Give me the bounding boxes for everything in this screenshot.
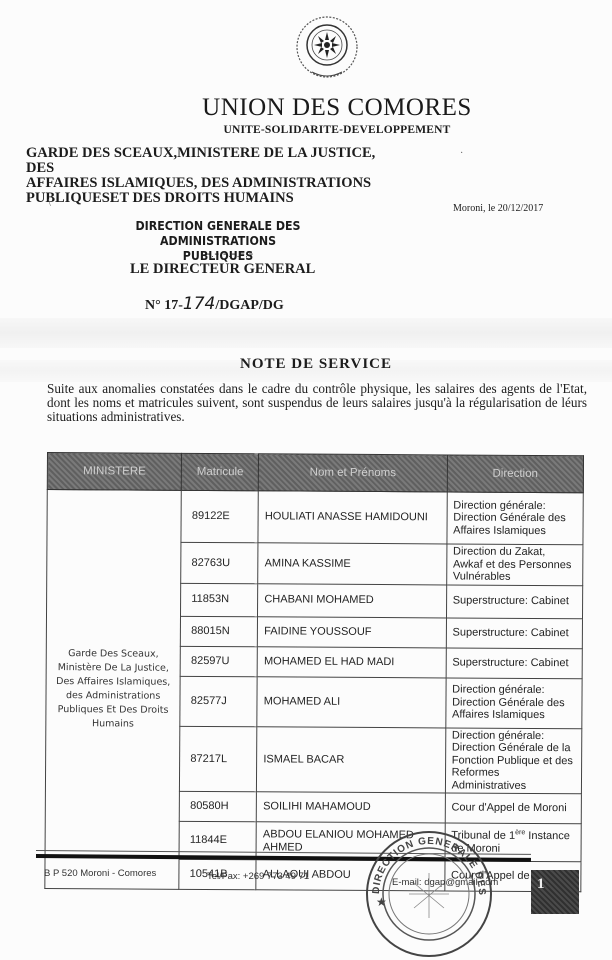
name-cell: MOHAMED ALI — [257, 676, 446, 727]
name-cell: AMINA KASSIME — [258, 543, 447, 585]
column-header-ministere: MINISTERE — [47, 453, 181, 491]
note-title: NOTE DE SERVICE — [0, 356, 612, 373]
ministry-name: GARDE DES SCEAUX,MINISTERE DE LA JUSTICE… — [26, 146, 406, 206]
ministry-cell: Garde Des Sceaux, Ministère De La Justic… — [45, 490, 182, 890]
direction-line: DIRECTION GENERALE DES ADMINISTRATIONS — [80, 219, 356, 249]
direction-cell: Direction du Zakat, Awkaf et des Personn… — [446, 544, 583, 585]
table-header-row: MINISTERE Matricule Nom et Prénoms Direc… — [47, 453, 583, 493]
matricule-cell: 88015N — [181, 616, 258, 646]
direction-superscript: ère — [515, 829, 525, 836]
footer-address: B P 520 Moroni - Comores — [44, 868, 156, 879]
column-header-direction: Direction — [447, 455, 584, 493]
scan-speck: · — [460, 148, 463, 159]
scan-artifact — [0, 318, 612, 348]
official-stamp-icon: DIRECTION GENERALE DES ADMINISTRATIONS ★ — [364, 828, 494, 960]
note-body: Suite aux anomalies constatées dans le c… — [47, 382, 587, 424]
document-page: UNION DES COMORES UNITE-SOLIDARITE-DEVEL… — [0, 0, 612, 960]
matricule-cell: 82597U — [180, 646, 257, 676]
separator: =.=.=.=.=.= — [185, 250, 275, 259]
footer-telfax: Tel/Fax: +269 773 49 71 — [207, 871, 309, 882]
svg-text:★: ★ — [376, 895, 387, 909]
matricule-cell: 80580H — [179, 791, 256, 821]
national-motto: UNITE-SOLIDARITE-DEVELOPPEMENT — [0, 124, 612, 136]
reference-handwritten: 174 — [183, 294, 215, 314]
direction-cell: Superstructure: Cabinet — [446, 584, 583, 618]
column-header-nom: Nom et Prénoms — [259, 454, 448, 492]
direction-cell: Direction générale: Direction Générale d… — [445, 677, 582, 728]
matricule-cell: 11844E — [179, 821, 256, 859]
matricule-cell: 89122E — [181, 490, 258, 542]
table-body: Garde Des Sceaux, Ministère De La Justic… — [45, 490, 583, 892]
name-cell: HOULIATI ANASSE HAMIDOUNI — [258, 491, 447, 544]
ministry-line: AFFAIRES ISLAMIQUES, DES ADMINISTRATIONS — [26, 176, 406, 191]
matricule-cell: 87217L — [180, 726, 257, 792]
name-cell: SOILIHI MAHAMOUD — [257, 792, 446, 823]
name-cell: MOHAMED EL HAD MADI — [257, 646, 446, 677]
reference-suffix: /DGAP/DG — [215, 298, 283, 313]
page-number: 1 — [531, 870, 579, 914]
director-title: LE DIRECTEUR GENERAL — [130, 261, 315, 278]
coat-of-arms-icon — [292, 14, 362, 84]
direction-cell: Superstructure: Cabinet — [446, 617, 583, 648]
direction-cell: Direction générale: Direction Générale d… — [447, 492, 584, 545]
ministry-line: PUBLIQUESET DES DROITS HUMAINS — [26, 191, 406, 206]
direction-cell: Cour d'Appel de Moroni — [445, 793, 582, 824]
reference-prefix: N° 17- — [145, 298, 183, 313]
suspended-agents-table: MINISTERE Matricule Nom et Prénoms Direc… — [44, 452, 584, 892]
document-date: Moroni, le 20/12/2017 — [453, 203, 543, 214]
direction-cell: Direction générale: Direction Générale d… — [445, 727, 582, 793]
reference-number: N° 17-174/DGAP/DG — [145, 294, 284, 314]
column-header-matricule: Matricule — [182, 453, 259, 490]
name-cell: FAIDINE YOUSSOUF — [258, 616, 447, 647]
matricule-cell: 82577J — [180, 676, 257, 726]
matricule-cell: 82763U — [181, 542, 258, 583]
direction-cell: Superstructure: Cabinet — [446, 647, 583, 678]
table-row: Garde Des Sceaux, Ministère De La Justic… — [47, 490, 583, 545]
scan-speck: \ — [48, 198, 51, 209]
name-cell: ISMAEL BACAR — [257, 726, 446, 793]
name-cell: CHABANI MOHAMED — [258, 583, 447, 617]
country-name: UNION DES COMORES — [0, 94, 612, 122]
ministry-line: GARDE DES SCEAUX,MINISTERE DE LA JUSTICE… — [26, 146, 406, 176]
matricule-cell: 11853N — [181, 583, 258, 616]
